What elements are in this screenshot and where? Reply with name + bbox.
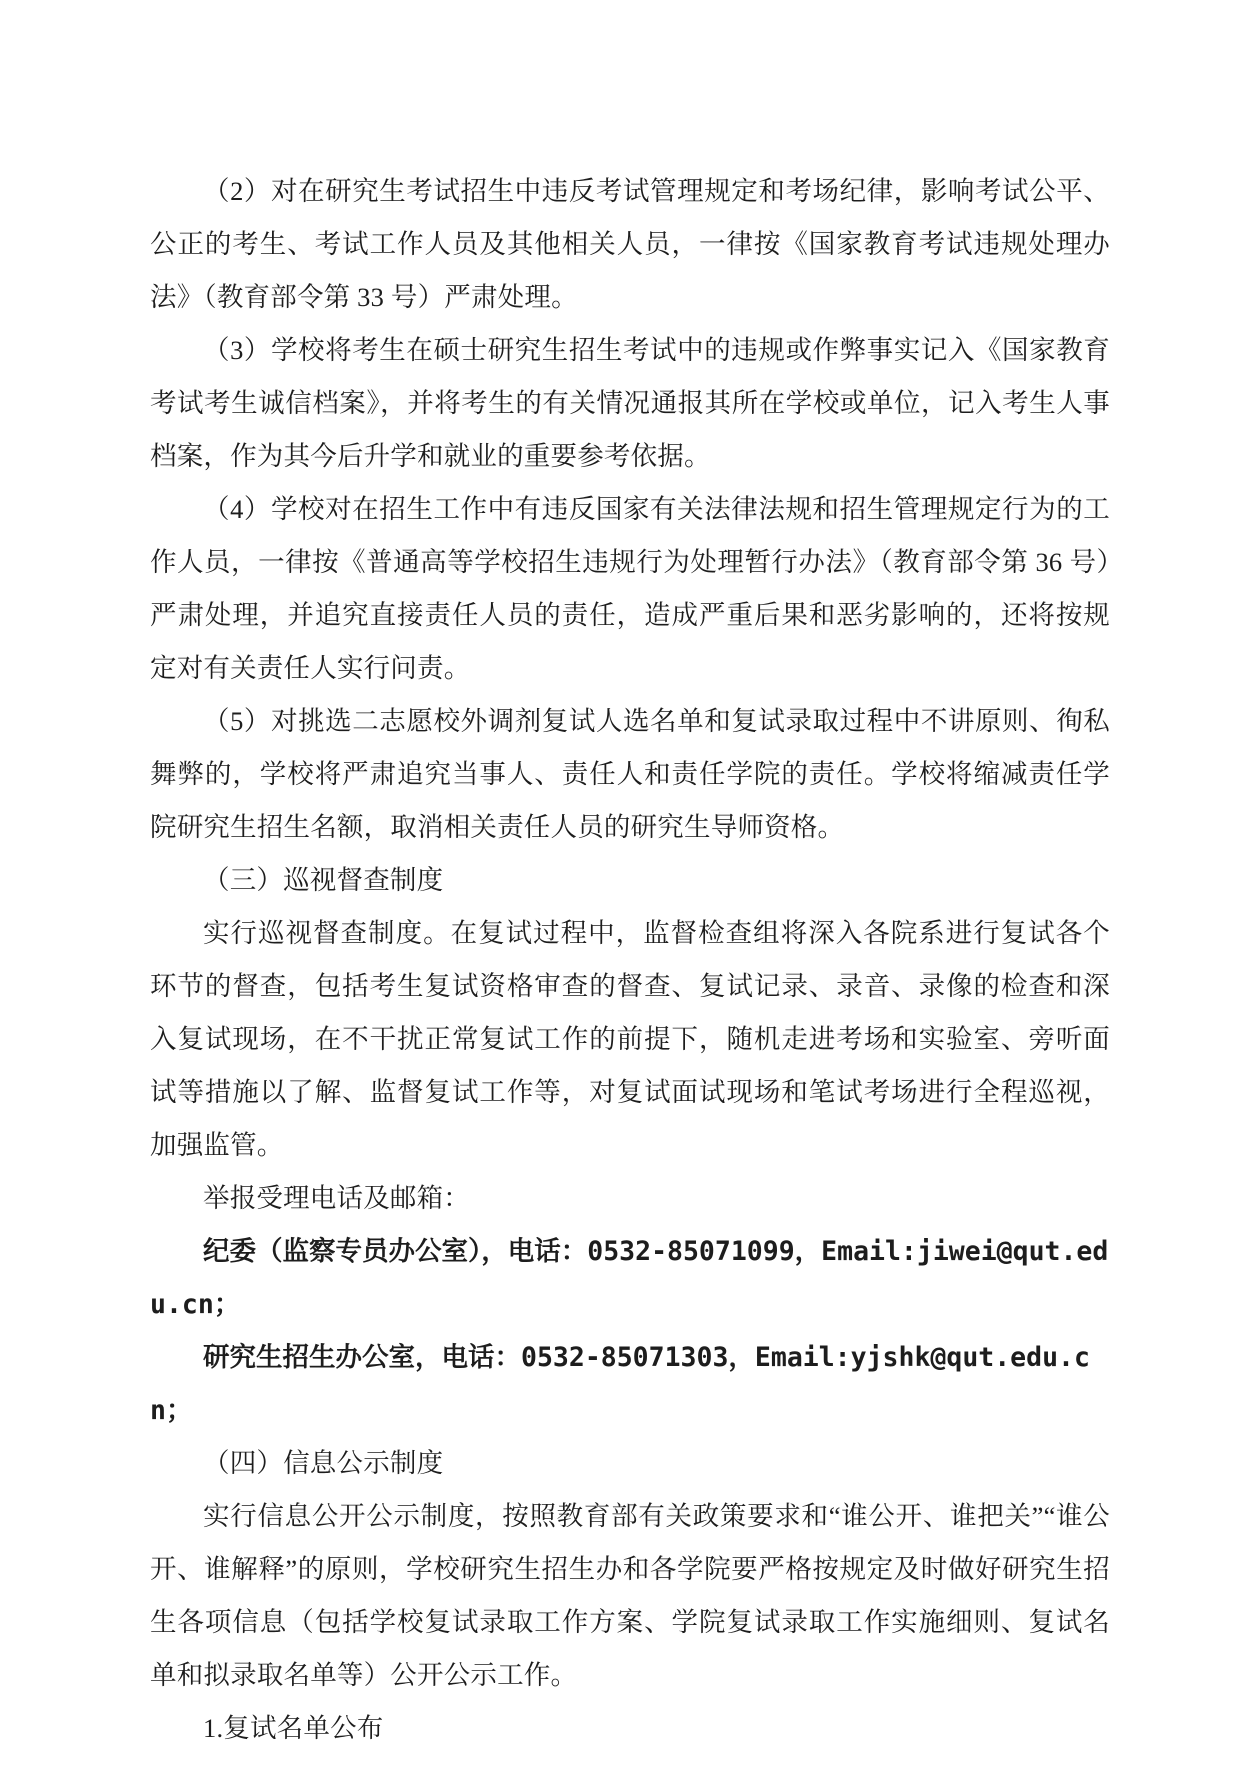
heading-section-4-information-publicity: （四）信息公示制度 <box>150 1437 1110 1490</box>
heading-section-3-inspection-system: （三）巡视督查制度 <box>150 854 1110 907</box>
contact-line-graduate-admissions-office: 研究生招生办公室，电话：0532-85071303，Email:yjshk@qu… <box>150 1331 1110 1437</box>
document-body: （2）对在研究生考试招生中违反考试管理规定和考场纪律，影响考试公平、公正的考生、… <box>0 0 1256 1755</box>
para-inspection-system-detail: 实行巡视督查制度。在复试过程中，监督检查组将深入各院系进行复试各个环节的督查，包… <box>150 907 1110 1172</box>
heading-1-shortlist-announcement: 1.复试名单公布 <box>150 1702 1110 1755</box>
label-report-phone-email: 举报受理电话及邮箱： <box>150 1172 1110 1225</box>
document-page: （2）对在研究生考试招生中违反考试管理规定和考场纪律，影响考试公平、公正的考生、… <box>0 0 1256 1777</box>
contact-line-discipline-committee: 纪委（监察专员办公室），电话：0532-85071099，Email:jiwei… <box>150 1225 1110 1331</box>
para-5-transfer-selection-accountability: （5）对挑选二志愿校外调剂复试人选名单和复试录取过程中不讲原则、徇私舞弊的，学校… <box>150 695 1110 854</box>
para-2-exam-violation-penalty: （2）对在研究生考试招生中违反考试管理规定和考场纪律，影响考试公平、公正的考生、… <box>150 165 1110 324</box>
para-3-integrity-record: （3）学校将考生在硕士研究生招生考试中的违规或作弊事实记入《国家教育考试考生诚信… <box>150 324 1110 483</box>
para-4-staff-violation-penalty: （4）学校对在招生工作中有违反国家有关法律法规和招生管理规定行为的工作人员，一律… <box>150 483 1110 695</box>
para-information-publicity-detail: 实行信息公开公示制度，按照教育部有关政策要求和“谁公开、谁把关”“谁公开、谁解释… <box>150 1490 1110 1702</box>
